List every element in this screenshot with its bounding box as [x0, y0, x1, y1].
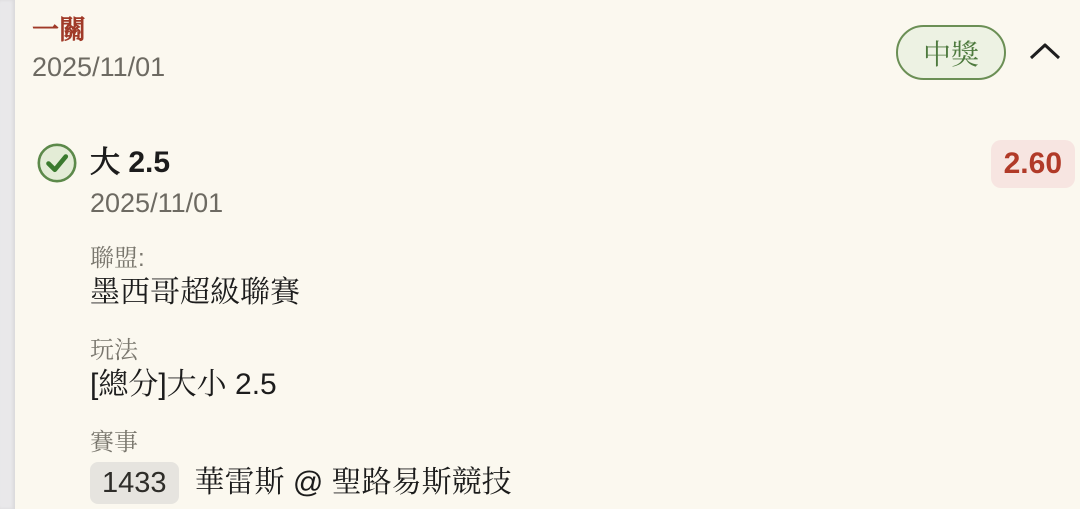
ticket-date: 2025/11/01	[32, 52, 165, 82]
field-event-label: 賽事	[90, 430, 991, 456]
selection-name: 大 2.5	[90, 144, 991, 182]
status-badge: 中獎	[896, 25, 1006, 80]
collapse-toggle-button[interactable]	[1028, 36, 1062, 69]
check-circle-icon	[37, 143, 77, 183]
field-market: 玩法 [總分]大小 2.5	[90, 338, 991, 402]
event-id-badge: 1433	[90, 462, 179, 504]
field-market-label: 玩法	[90, 338, 991, 364]
bet-leg-details: 大 2.5 2025/11/01 聯盟: 墨西哥超級聯賽 玩法 [總分]大小 2…	[90, 142, 991, 504]
field-event: 賽事 1433 華雷斯 @ 聖路易斯競技	[90, 430, 991, 504]
event-row: 1433 華雷斯 @ 聖路易斯競技	[90, 462, 991, 504]
bet-ticket-card: 一關 2025/11/01 中獎 大 2.5 2025/11/01	[15, 0, 1080, 509]
selection-date: 2025/11/01	[90, 188, 991, 218]
ticket-header-left: 一關 2025/11/01	[32, 14, 165, 82]
field-market-value: [總分]大小 2.5	[90, 368, 991, 402]
field-league-label: 聯盟:	[90, 246, 991, 272]
event-name: 華雷斯 @ 聖路易斯競技	[195, 464, 512, 502]
field-league-value: 墨西哥超級聯賽	[90, 276, 991, 310]
page-background-strip	[0, 0, 15, 509]
chevron-up-icon	[1028, 40, 1062, 65]
odds-badge: 2.60	[991, 140, 1075, 188]
bet-leg-row: 大 2.5 2025/11/01 聯盟: 墨西哥超級聯賽 玩法 [總分]大小 2…	[37, 142, 1075, 504]
ticket-header-right: 中獎	[896, 25, 1062, 80]
field-league: 聯盟: 墨西哥超級聯賽	[90, 246, 991, 310]
ticket-type-title: 一關	[32, 14, 165, 46]
ticket-header: 一關 2025/11/01 中獎	[15, 0, 1080, 82]
